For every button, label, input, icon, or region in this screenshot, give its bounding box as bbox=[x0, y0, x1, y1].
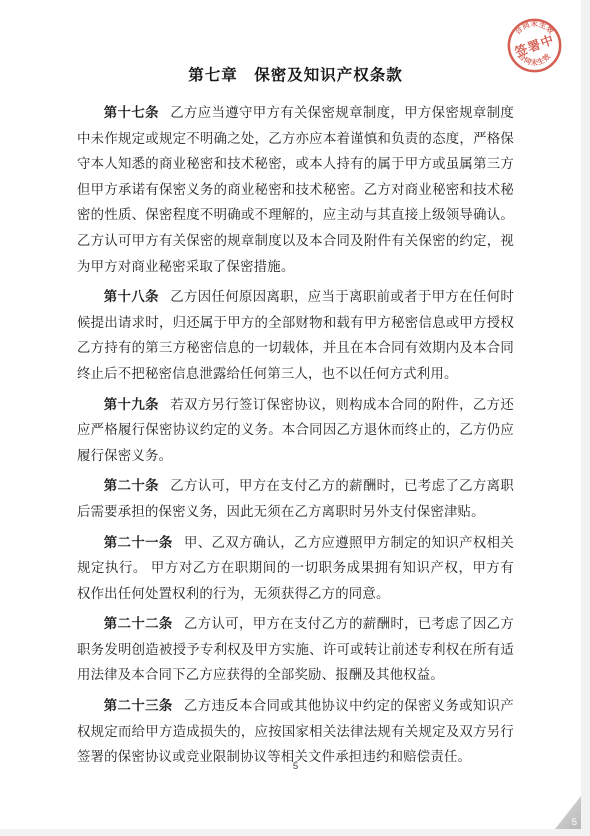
clause-paragraph: 第十八条乙方因任何原因离职，应当于离职前或者于甲方在任何时候提出请求时，归还属于… bbox=[77, 284, 514, 386]
chapter-title: 第七章 保密及知识产权条款 bbox=[77, 63, 514, 85]
clause-number: 第十八条 bbox=[104, 289, 159, 304]
clause-paragraph: 第二十三条乙方违反本合同或其他协议中约定的保密义务或知识产权规定而给甲方造成损失… bbox=[77, 693, 514, 770]
clause-number: 第十九条 bbox=[104, 397, 159, 412]
page-curl-corner[interactable]: 5 bbox=[555, 796, 581, 829]
corner-page-number: 5 bbox=[572, 817, 577, 828]
clause-paragraph: 第十九条若双方另行签订保密协议，则构成本合同的附件，乙方还应严格履行保密协议约定… bbox=[77, 392, 514, 469]
clause-text: 乙方应当遵守甲方有关保密规章制度，甲方保密规章制度中未作规定或规定不明确之处，乙… bbox=[77, 105, 514, 274]
clause-number: 第二十一条 bbox=[104, 535, 173, 550]
clause-number: 第二十条 bbox=[104, 478, 159, 493]
clause-number: 第十七条 bbox=[104, 105, 159, 120]
clause-number: 第二十三条 bbox=[104, 698, 173, 713]
page-number: 5 bbox=[77, 761, 514, 772]
clause-paragraph: 第二十一条甲、乙双方确认，乙方应遵照甲方制定的知识产权相关规定执行。 甲方对乙方… bbox=[77, 530, 514, 607]
contract-page: 合同未生效 合同未生效 签署中 第七章 保密及知识产权条款 第十七条乙方应当遵守… bbox=[0, 0, 581, 829]
clause-paragraph: 第二十二条乙方认可，甲方在支付乙方的薪酬时，已考虑了因乙方职务发明创造被授予专利… bbox=[77, 611, 514, 688]
clause-list: 第十七条乙方应当遵守甲方有关保密规章制度，甲方保密规章制度中未作规定或规定不明确… bbox=[77, 100, 514, 770]
clause-paragraph: 第二十条乙方认可，甲方在支付乙方的薪酬时，已考虑了乙方离职后需要承担的保密义务，… bbox=[77, 473, 514, 524]
clause-paragraph: 第十七条乙方应当遵守甲方有关保密规章制度，甲方保密规章制度中未作规定或规定不明确… bbox=[77, 100, 514, 279]
document-viewer: 合同未生效 合同未生效 签署中 第七章 保密及知识产权条款 第十七条乙方应当遵守… bbox=[0, 0, 590, 836]
clause-number: 第二十二条 bbox=[104, 616, 173, 631]
contract-content: 第七章 保密及知识产权条款 第十七条乙方应当遵守甲方有关保密规章制度，甲方保密规… bbox=[0, 0, 581, 775]
